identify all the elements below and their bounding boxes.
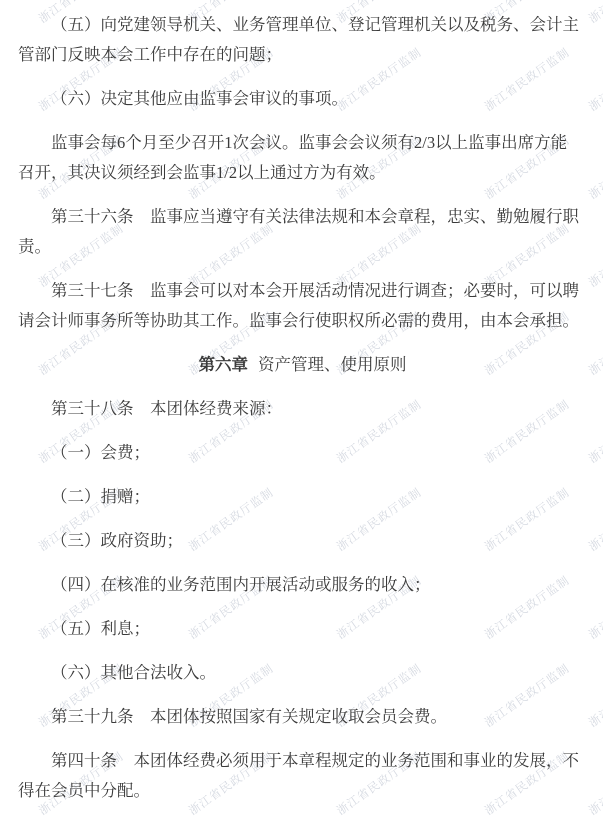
paragraph: （一）会费； [18,438,587,468]
text-line: 管部门反映本会工作中存在的问题； [18,40,587,70]
paragraph: 第三十六条 监事应当遵守有关法律法规和本会章程，忠实、勤勉履行职责。 [18,202,587,262]
paragraph: （二）捐赠； [18,482,587,512]
text-line: （六）其他合法收入。 [18,658,587,688]
text-line: 监事会每6个月至少召开1次会议。监事会会议须有2/3以上监事出席方能 [18,128,587,158]
paragraph: （六）决定其他应由监事会审议的事项。 [18,84,587,114]
text-line: （二）捐赠； [18,482,587,512]
text-line: 第三十八条 本团体经费来源： [18,394,587,424]
document-page: 浙江省民政厅监制浙江省民政厅监制浙江省民政厅监制浙江省民政厅监制浙江省民政厅监制… [0,0,603,825]
text-line: （五）向党建领导机关、业务管理单位、登记管理机关以及税务、会计主 [18,10,587,40]
text-line: （四）在核准的业务范围内开展活动或服务的收入； [18,570,587,600]
text-line: （一）会费； [18,438,587,468]
text-line: （六）决定其他应由监事会审议的事项。 [18,84,587,114]
chapter-heading-line: 第六章资产管理、使用原则 [18,350,587,380]
paragraph: （五）向党建领导机关、业务管理单位、登记管理机关以及税务、会计主管部门反映本会工… [18,10,587,70]
paragraph: （六）其他合法收入。 [18,658,587,688]
text-line: 第三十九条 本团体按照国家有关规定收取会员会费。 [18,702,587,732]
paragraph: （五）利息； [18,614,587,644]
document-content: （五）向党建领导机关、业务管理单位、登记管理机关以及税务、会计主管部门反映本会工… [0,0,603,806]
chapter-heading: 第六章资产管理、使用原则 [18,350,587,380]
chapter-number: 第六章 [199,355,249,374]
text-line: 第三十七条 监事会可以对本会开展活动情况进行调查；必要时，可以聘 [18,276,587,306]
text-line: 召开，其决议须经到会监事1/2以上通过方为有效。 [18,158,587,188]
text-line: 第三十六条 监事应当遵守有关法律法规和本会章程，忠实、勤勉履行职 [18,202,587,232]
text-line: 得在会员中分配。 [18,776,587,806]
chapter-title: 资产管理、使用原则 [258,355,407,374]
text-line: （三）政府资助； [18,526,587,556]
paragraph: 第三十七条 监事会可以对本会开展活动情况进行调查；必要时，可以聘请会计师事务所等… [18,276,587,336]
paragraph: （三）政府资助； [18,526,587,556]
paragraph: 监事会每6个月至少召开1次会议。监事会会议须有2/3以上监事出席方能召开，其决议… [18,128,587,188]
text-line: （五）利息； [18,614,587,644]
text-line: 请会计师事务所等协助其工作。监事会行使职权所必需的费用，由本会承担。 [18,306,587,336]
paragraph: 第三十九条 本团体按照国家有关规定收取会员会费。 [18,702,587,732]
paragraph: （四）在核准的业务范围内开展活动或服务的收入； [18,570,587,600]
paragraph: 第四十条 本团体经费必须用于本章程规定的业务范围和事业的发展，不得在会员中分配。 [18,746,587,806]
text-line: 责。 [18,232,587,262]
text-line: 第四十条 本团体经费必须用于本章程规定的业务范围和事业的发展，不 [18,746,587,776]
paragraph: 第三十八条 本团体经费来源： [18,394,587,424]
